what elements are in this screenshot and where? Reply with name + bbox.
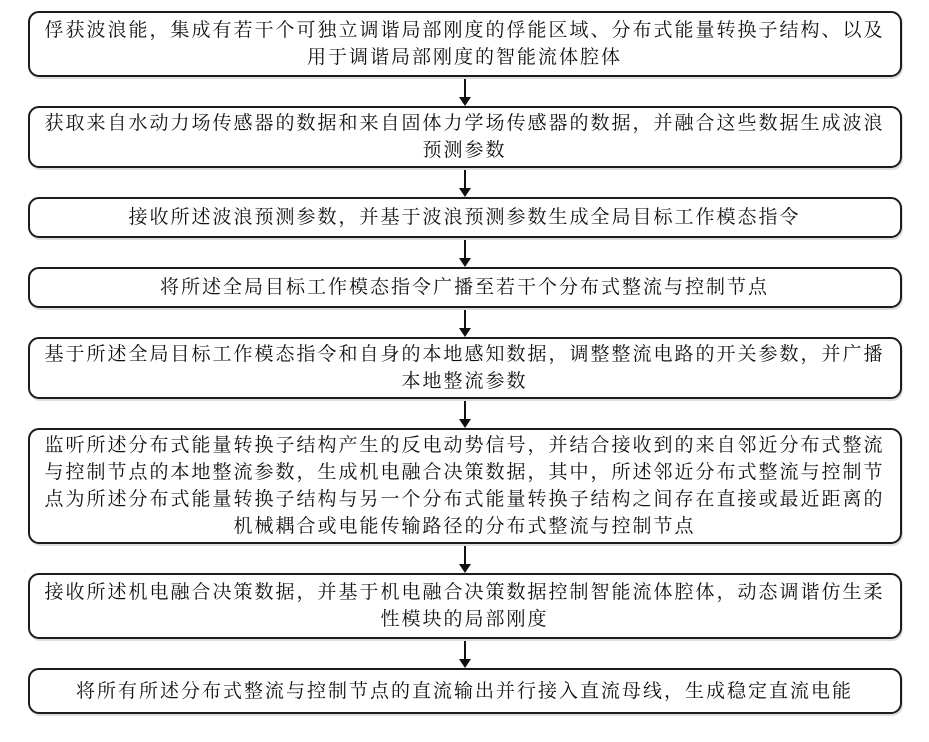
flow-step-4-text: 将所述全局目标工作模态指令广播至若干个分布式整流与控制节点 — [45, 274, 885, 301]
arrow-down-6 — [459, 544, 471, 573]
flow-step-3: 接收所述波浪预测参数，并基于波浪预测参数生成全局目标工作模态指令 — [28, 197, 902, 238]
arrow-stem — [464, 170, 466, 189]
flow-step-2-text: 获取来自水动力场传感器的数据和来自固体力学场传感器的数据，并融合这些数据生成波浪… — [45, 110, 885, 164]
arrow-head-icon — [459, 564, 471, 573]
arrow-stem — [464, 79, 466, 98]
arrow-down-7 — [459, 639, 471, 668]
flow-step-1-text: 俘获波浪能，集成有若干个可独立调谐局部刚度的俘能区域、分布式能量转换子结构、以及… — [45, 17, 885, 71]
arrow-head-icon — [459, 328, 471, 337]
flow-step-7-text: 接收所述机电融合决策数据，并基于机电融合决策数据控制智能流体腔体，动态调谐仿生柔… — [45, 579, 885, 633]
arrow-stem — [464, 310, 466, 329]
flow-step-5-text: 基于所述全局目标工作模态指令和自身的本地感知数据，调整整流电路的开关参数，并广播… — [45, 341, 885, 395]
arrow-down-2 — [459, 168, 471, 197]
flow-step-8: 将所有所述分布式整流与控制节点的直流输出并行接入直流母线，生成稳定直流电能 — [28, 668, 902, 714]
arrow-head-icon — [459, 659, 471, 668]
arrow-down-1 — [459, 77, 471, 106]
arrow-down-3 — [459, 238, 471, 267]
flow-step-2: 获取来自水动力场传感器的数据和来自固体力学场传感器的数据，并融合这些数据生成波浪… — [28, 106, 902, 168]
arrow-head-icon — [459, 419, 471, 428]
arrow-down-4 — [459, 308, 471, 337]
flowchart: 俘获波浪能，集成有若干个可独立调谐局部刚度的俘能区域、分布式能量转换子结构、以及… — [0, 0, 929, 742]
arrow-head-icon — [459, 97, 471, 106]
arrow-head-icon — [459, 258, 471, 267]
arrow-stem — [464, 240, 466, 259]
flow-step-1: 俘获波浪能，集成有若干个可独立调谐局部刚度的俘能区域、分布式能量转换子结构、以及… — [28, 11, 902, 77]
arrow-stem — [464, 546, 466, 565]
flow-step-4: 将所述全局目标工作模态指令广播至若干个分布式整流与控制节点 — [28, 267, 902, 308]
arrow-head-icon — [459, 188, 471, 197]
flow-step-5: 基于所述全局目标工作模态指令和自身的本地感知数据，调整整流电路的开关参数，并广播… — [28, 337, 902, 399]
flow-step-6-text: 监听所述分布式能量转换子结构产生的反电动势信号，并结合接收到的来自邻近分布式整流… — [45, 432, 885, 540]
flow-step-6: 监听所述分布式能量转换子结构产生的反电动势信号，并结合接收到的来自邻近分布式整流… — [28, 428, 902, 544]
arrow-down-5 — [459, 399, 471, 428]
flow-step-8-text: 将所有所述分布式整流与控制节点的直流输出并行接入直流母线，生成稳定直流电能 — [45, 678, 885, 705]
flow-step-3-text: 接收所述波浪预测参数，并基于波浪预测参数生成全局目标工作模态指令 — [45, 204, 885, 231]
arrow-stem — [464, 401, 466, 420]
arrow-stem — [464, 641, 466, 660]
flow-step-7: 接收所述机电融合决策数据，并基于机电融合决策数据控制智能流体腔体，动态调谐仿生柔… — [28, 573, 902, 639]
